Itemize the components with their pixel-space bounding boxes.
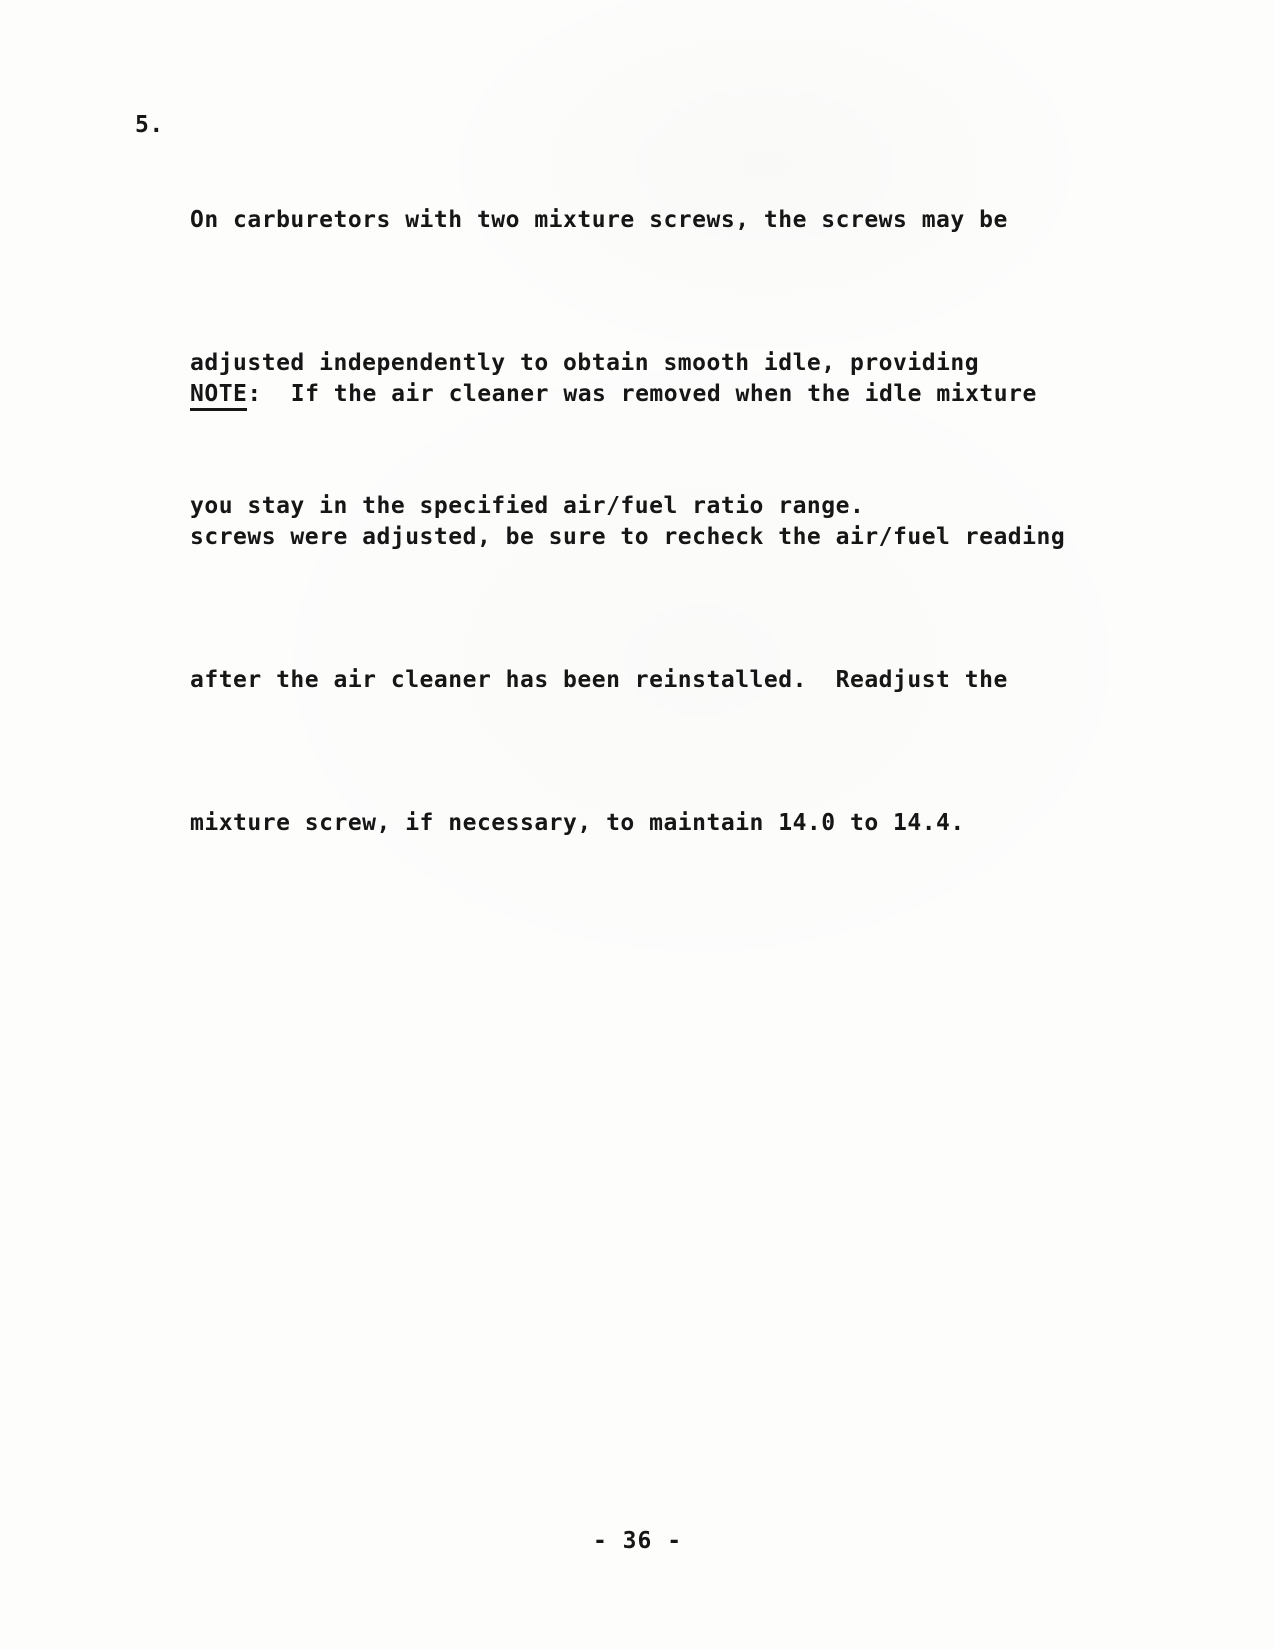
paragraph-line: On carburetors with two mixture screws, … <box>190 197 1008 245</box>
page-number: - 36 - <box>0 1518 1275 1566</box>
document-page: 5. On carburetors with two mixture screw… <box>0 0 1275 1650</box>
note-line: after the air cleaner has been reinstall… <box>190 657 1065 705</box>
note-line: screws were adjusted, be sure to recheck… <box>190 514 1065 562</box>
list-item-number: 5. <box>135 102 164 150</box>
note-label: NOTE <box>190 381 247 411</box>
note-line: mixture screw, if necessary, to maintain… <box>190 800 1065 848</box>
note-label-colon: : <box>247 381 261 407</box>
note-first-line: NOTE:If the air cleaner was removed when… <box>190 371 1065 419</box>
note-paragraph: NOTE:If the air cleaner was removed when… <box>190 276 1065 942</box>
note-line: If the air cleaner was removed when the … <box>291 381 1037 407</box>
